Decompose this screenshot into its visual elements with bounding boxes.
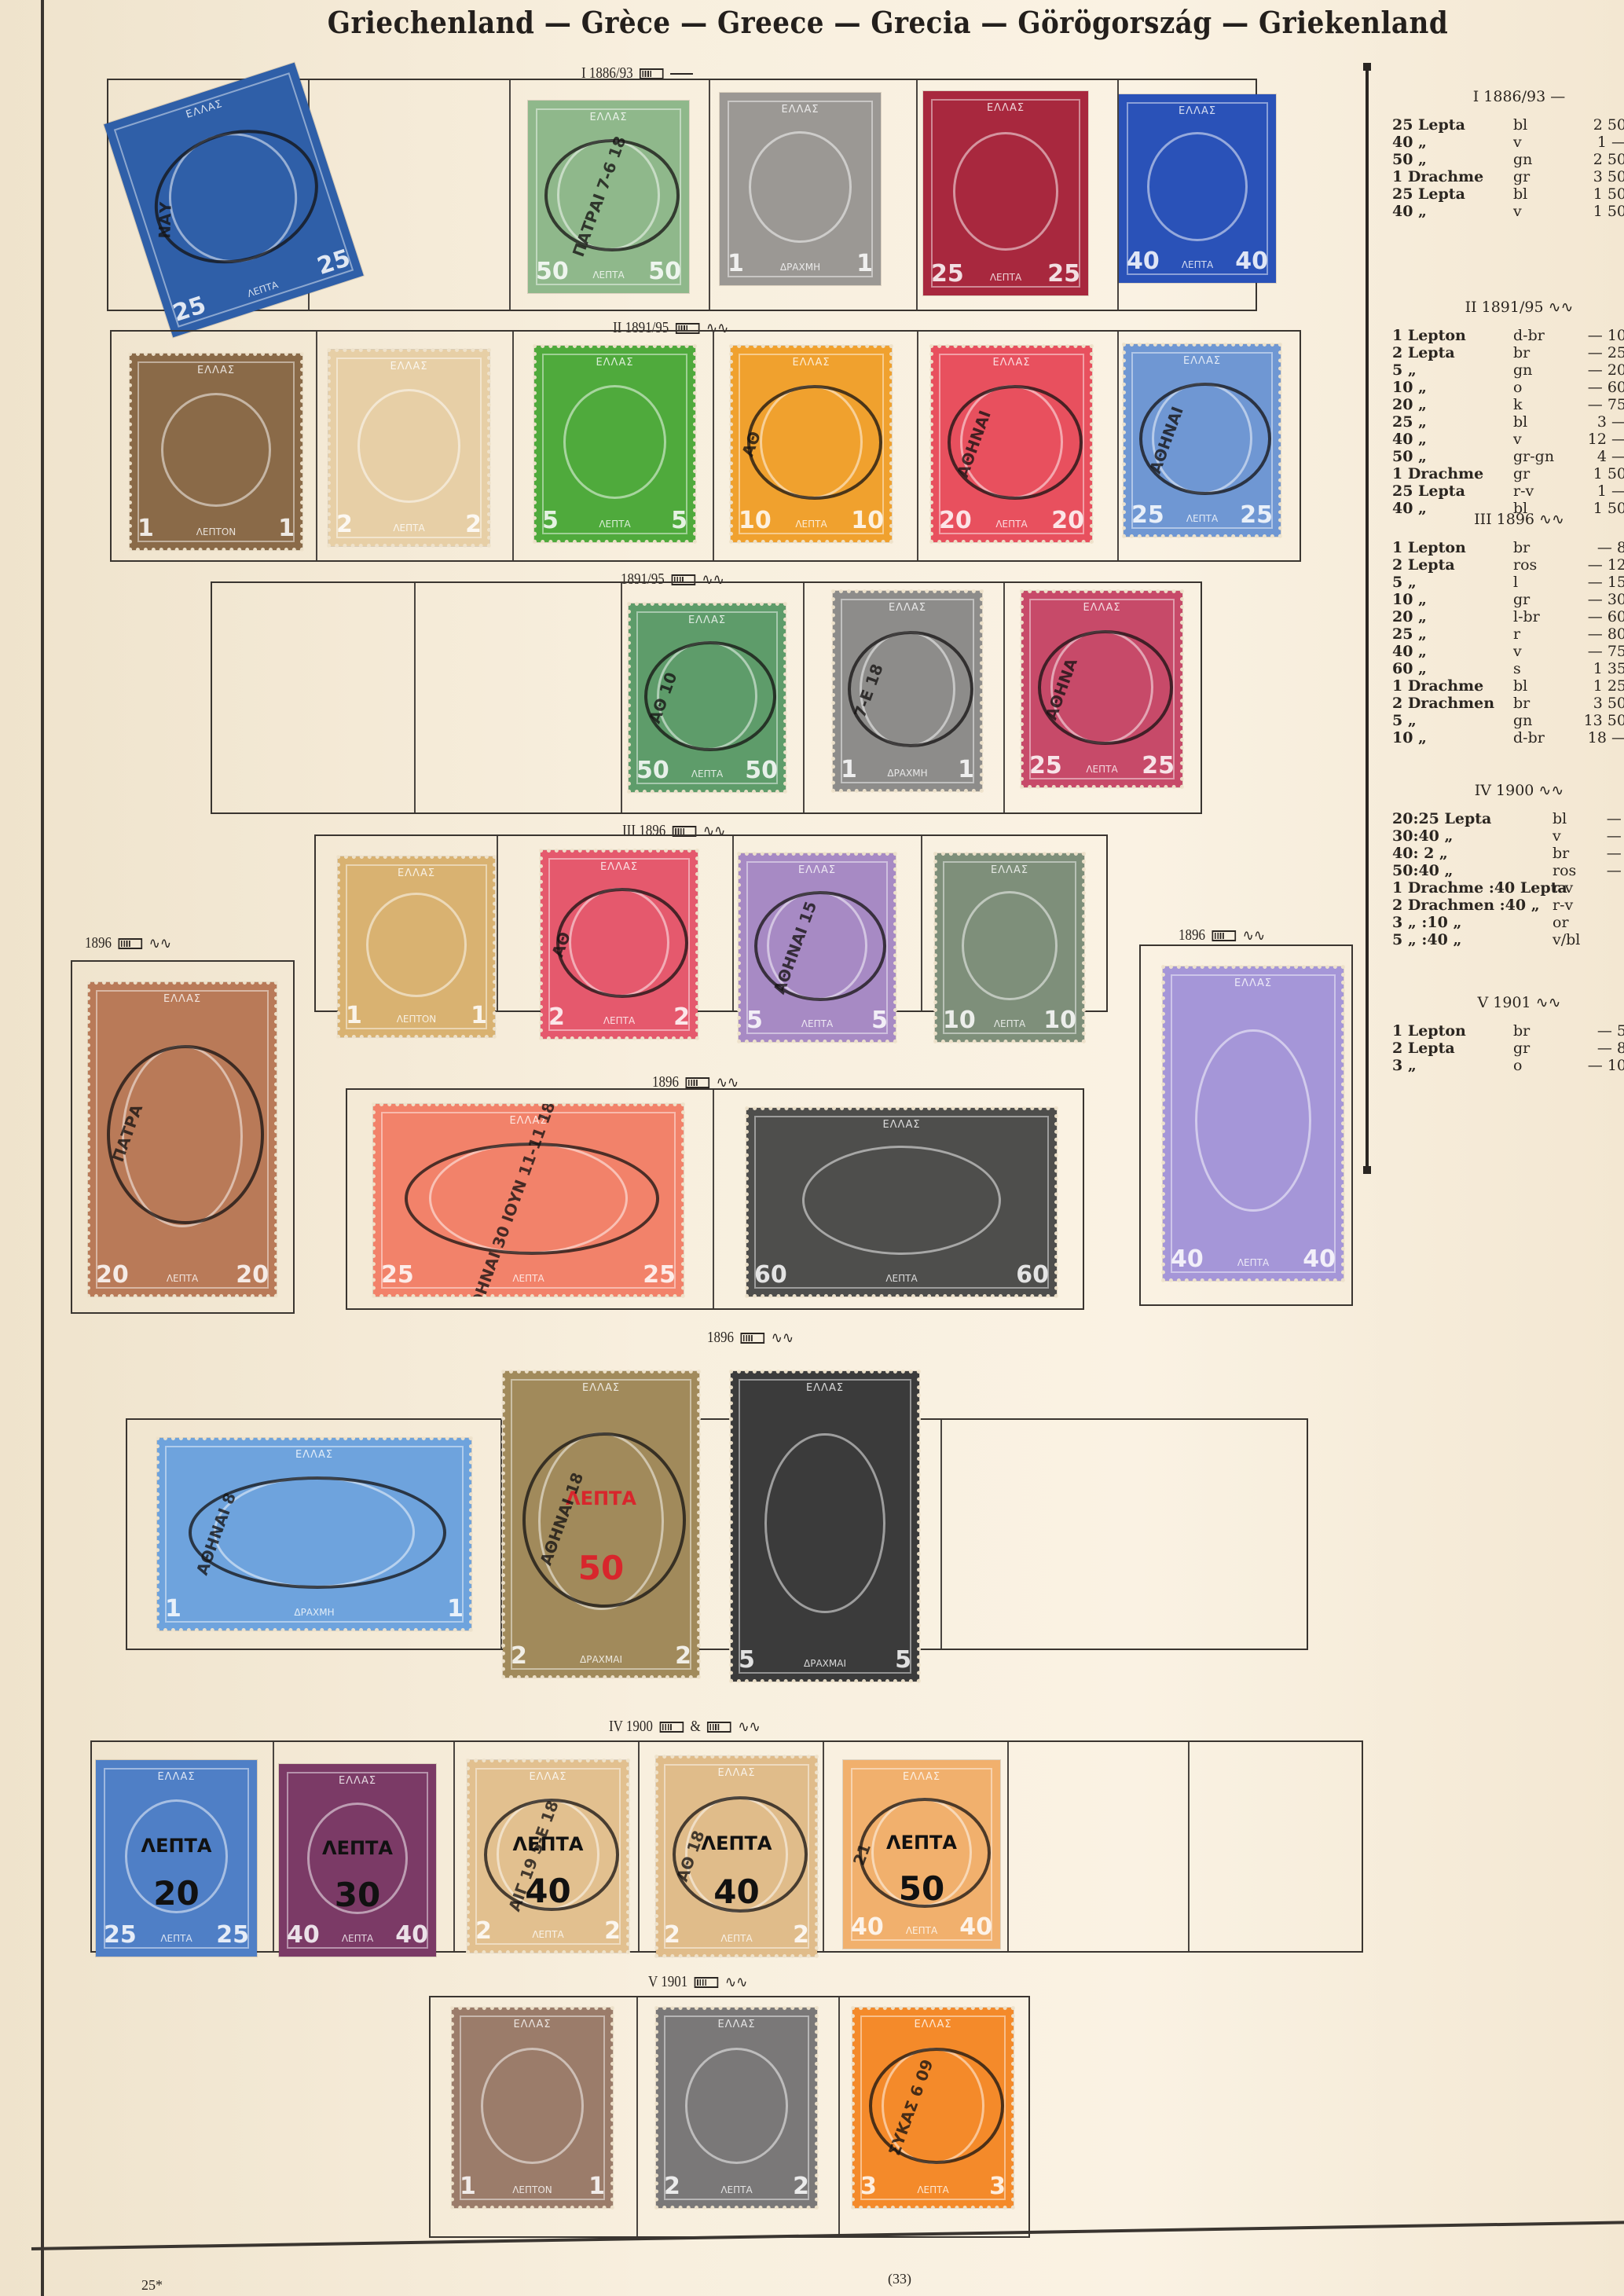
stamp-currency: ΛΕΠΤΑ [534,519,695,530]
stamp-currency: ΛΕΠΤΑ [96,1933,257,1944]
catalog-row: 3 „ :10 „or [1383,914,1624,931]
catalog-price: — 8 [1571,1040,1624,1057]
catalog-divider-rule [1366,69,1369,1168]
empty-stamp-slot[interactable] [1009,1744,1183,1949]
catalog-price: 13 50 [1571,712,1624,729]
catalog-section: II 1891/95 ∿∿1 Leptond-br— 102 Leptabr— … [1383,299,1624,517]
perforated-wave-icon: ∿∿ [725,1972,747,1992]
catalog-color-code: br [1513,344,1568,361]
catalog-row: 40 „v1 50 [1383,203,1624,220]
catalog-price: — 75 [1571,643,1624,660]
catalog-denomination: 40 „ [1392,134,1510,151]
stamp-currency: ΔΡΑΧΜΗ [833,768,982,779]
section-label-text: V 1901 [648,1973,687,1991]
catalog-row: 20:25 Leptabl— 40 [1383,810,1624,827]
stamp-portrait-oval [962,891,1058,1000]
catalog-row: 40: 2 „br— 85 [1383,845,1624,862]
catalog-price: 1 25 [1571,677,1624,695]
frame-cell-divider [414,583,416,812]
stamp[interactable]: ΕΛΛΑΣ22ΛΕΠΤΑΛΕΠΤΑ40ΑΙΓ 19 5-Ε 18 [467,1760,629,1953]
stamp-country-text: ΕΛΛΑΣ [923,102,1088,114]
postmark-cancel [747,385,882,500]
catalog-row: 2 Leptabr— 25 [1383,344,1624,361]
stamp[interactable]: ΕΛΛΑΣ55ΛΕΠΤΑ [534,346,695,542]
catalog-denomination: 2 Drachmen :40 „ [1392,897,1549,914]
catalog-price: 18 — [1571,729,1624,746]
stamp[interactable]: ΕΛΛΑΣ4040ΛΕΠΤΑ [1163,966,1344,1281]
stamp-currency: ΛΕΠΤΟΝ [338,1014,495,1025]
frame-cell-divider [713,332,714,560]
stamp-overprint-value: 30 [279,1876,436,1914]
catalog-color-code: v [1513,134,1568,151]
stamp[interactable]: ΕΛΛΑΣ11ΔΡΑΧΜΗΑΘΗΝΑΙ 8 [157,1438,471,1630]
frame-cell-divider [1117,332,1119,560]
catalog-denomination: 50 „ [1392,448,1510,465]
catalog-denomination: 5 „ [1392,361,1510,379]
frame-cell-divider [921,836,922,1010]
stamp[interactable]: ΕΛΛΑΣ2525ΛΕΠΤΑ [923,91,1088,295]
stamp-country-text: ΕΛΛΑΣ [541,861,698,873]
stamp-currency: ΛΕΠΤΑ [656,2184,817,2195]
catalog-denomination: 1 Drachme [1392,168,1510,185]
catalog-denomination: 5 „ :40 „ [1392,931,1549,948]
catalog-row: 3 „o— 10 [1383,1057,1624,1074]
stamp-overprint-word: ΛΕΠΤΑ [279,1837,436,1859]
frame-cell-divider [638,1742,640,1951]
catalog-color-code: r [1513,625,1568,643]
stamp-country-text: ΕΛΛΑΣ [731,357,892,369]
stamp-country-text: ΕΛΛΑΣ [130,365,302,376]
postmark-text: ΝΑΥ [155,202,175,240]
catalog-price: — 70 [1606,827,1624,845]
stamp[interactable]: ΕΛΛΑΣ11ΛΕΠΤΟΝ [130,354,302,550]
catalog-price: 1 50 [1571,203,1624,220]
stamp[interactable]: ΕΛΛΑΣ1010ΛΕΠΤΑΑΘ [731,346,892,542]
empty-stamp-slot[interactable] [214,585,409,811]
catalog-color-code: gn [1513,712,1568,729]
stamp[interactable]: ΕΛΛΑΣ1010ΛΕΠΤΑ [935,853,1084,1042]
imperforate-icon [640,68,664,79]
stamp-currency: ΛΕΠΤΑ [279,1933,436,1944]
catalog-row: 5 „l— 15 [1383,574,1624,591]
stamp-country-text: ΕΛΛΑΣ [935,864,1084,876]
stamp-currency: ΛΕΠΤΑ [731,519,892,530]
catalog-color-code: gr [1513,1040,1568,1057]
catalog-price: — 60 [1571,608,1624,625]
stamp-portrait-oval [764,1433,885,1613]
stamp[interactable]: ΕΛΛΑΣ2525ΛΕΠΤΑΑΘΗΝΑΙ 30 ΙΟΥΝ 11-11 1897 [373,1104,684,1297]
catalog-section-heading: II 1891/95 ∿∿ [1383,299,1624,316]
stamp-country-text: ΕΛΛΑΣ [338,867,495,879]
catalog-price: — 10 [1571,1057,1624,1074]
section-label: V 1901∿∿ [648,1972,747,1992]
catalog-denomination: 1 Lepton [1392,539,1510,556]
catalog-color-code: v [1513,643,1568,660]
perforate-icon [695,1977,719,1988]
section-label-text: 1896 [1179,926,1205,944]
stamp-country-text: ΕΛΛΑΣ [656,1767,817,1779]
catalog-denomination: 2 Lepta [1392,1040,1510,1057]
stamp-portrait-oval [161,393,272,507]
stamp-country-text: ΕΛΛΑΣ [157,1449,471,1461]
frame-cell-divider [916,80,918,310]
stamp-country-text: ΕΛΛΑΣ [746,1119,1057,1131]
perforate-icon [1212,930,1237,941]
catalog-row: 25 Leptar-v1 — [1383,482,1624,500]
catalog-row: 20 „k— 75 [1383,396,1624,413]
catalog-denomination: 2 Drachmen [1392,695,1510,712]
stamp[interactable]: ΕΛΛΑΣ5050ΛΕΠΤΑΑΘ 10 [629,603,786,792]
catalog-denomination: 1 Drachme [1392,465,1510,482]
catalog-row: 25 „bl3 — [1383,413,1624,431]
stamp[interactable]: ΕΛΛΑΣ4040ΛΕΠΤΑ [1119,94,1276,283]
stamp-country-text: ΕΛΛΑΣ [452,2019,613,2030]
catalog-row: 40 „v12 — [1383,431,1624,448]
catalog-color-code: gr [1513,591,1568,608]
stamp-country-text: ΕΛΛΑΣ [739,864,896,876]
catalog-color-code: k [1513,396,1568,413]
stamp-portrait-oval [366,893,467,997]
frame-cell-divider [709,80,710,310]
catalog-color-code: o [1513,1057,1568,1074]
catalog-section: IV 1900 ∿∿20:25 Leptabl— 4030:40 „v— 704… [1383,782,1624,948]
postmark-cancel [556,888,688,998]
catalog-color-code: bl [1513,116,1568,134]
stamp-currency: ΛΕΠΤΑ [373,1273,684,1284]
stamp-currency: ΛΕΠΤΑ [935,1018,1084,1029]
stamp-currency: ΛΕΠΤΟΝ [452,2184,613,2195]
catalog-color-code: d-br [1513,729,1568,746]
catalog-row: 5 „gn13 50 [1383,712,1624,729]
perforated-wave-icon: ∿∿ [738,1717,760,1737]
catalog-color-code: br [1513,1022,1568,1040]
stamp[interactable]: ΕΛΛΑΣ22ΛΕΠΤΑ [328,350,489,546]
catalog-price: — 75 [1571,396,1624,413]
catalog-denomination: 1 Drachme [1392,677,1510,695]
catalog-row: 50 „gr-gn4 — [1383,448,1624,465]
frame-cell-divider [838,1997,840,2236]
catalog-row: 1 Drachmegr3 50 [1383,168,1624,185]
stamp-currency: ΛΕΠΤΑ [328,523,489,534]
catalog-row: 2 Leptagr— 8 [1383,1040,1624,1057]
catalog-price: 3 — [1571,413,1624,431]
catalog-row: 10 „gr— 30 [1383,591,1624,608]
catalog-denomination: 50 „ [1392,151,1510,168]
perforate-icon [741,1333,765,1344]
catalog-row: 5 „ :40 „v/bl [1383,931,1624,948]
stamp[interactable]: ΕΛΛΑΣ22ΔΡΑΧΜΑΙΛΕΠΤΑ50ΑΘΗΝΑΙ 18 [503,1371,699,1678]
stamp-overprint-word: ΛΕΠΤΑ [96,1835,257,1857]
catalog-denomination: 20 „ [1392,608,1510,625]
section-label-text: 1896 [707,1329,734,1347]
postmark-cancel [859,1798,991,1908]
stamp-currency: ΔΡΑΧΜΗ [157,1607,471,1618]
catalog-denomination: 10 „ [1392,379,1510,396]
frame-cell-divider [453,1742,455,1951]
catalog-denomination: 25 „ [1392,413,1510,431]
catalog-row: 20 „l-br— 60 [1383,608,1624,625]
catalog-price [1606,879,1624,897]
perforate-icon [119,938,143,949]
catalog-color-code: l-br [1513,608,1568,625]
stamp-currency: ΛΕΠΤΑ [629,768,786,779]
catalog-color-code: or [1553,914,1603,931]
stamp[interactable]: ΕΛΛΑΣ55ΔΡΑΧΜΑΙ [731,1371,919,1682]
stamp-currency: ΛΕΠΤΑ [541,1015,698,1026]
stamp-currency: ΛΕΠΤΑ [852,2184,1014,2195]
catalog-row: 1 Drachmegr1 50 [1383,465,1624,482]
catalog-row: 2 Drachmen :40 „r-v [1383,897,1624,914]
catalog-price [1606,897,1624,914]
stamp[interactable]: ΕΛΛΑΣ6060ΛΕΠΤΑ [746,1108,1057,1297]
catalog-denomination: 3 „ [1392,1057,1510,1074]
catalog-row: 1 Drachme :40 Leptar-v [1383,879,1624,897]
stamp[interactable]: ΕΛΛΑΣ2525ΛΕΠΤΑΑΘΗΝΑ [1021,591,1182,787]
frame-cell-divider [803,583,805,812]
stamp-currency: ΛΕΠΤΑ [746,1273,1057,1284]
stamp-portrait-oval [749,131,852,243]
stamp-country-text: ΕΛΛΑΣ [629,614,786,626]
catalog-denomination: 25 Lepta [1392,482,1510,500]
section-label: 1896∿∿ [1179,926,1265,945]
catalog-color-code: bl [1513,677,1568,695]
frame-cell-divider [497,836,498,1010]
catalog-color-code: br [1513,695,1568,712]
catalog-denomination: 10 „ [1392,591,1510,608]
catalog-price: — 85 [1606,845,1624,862]
stamp[interactable]: ΕΛΛΑΣ22ΛΕΠΤΑΑΘ [541,850,698,1039]
catalog-price: — 8 [1571,539,1624,556]
stamp-currency: ΛΕΠΤΟΝ [130,526,302,537]
catalog-color-code: v [1513,203,1568,220]
catalog-section: III 1896 ∿∿1 Leptonbr— 82 Leptaros— 125 … [1383,511,1624,746]
stamp[interactable]: ΕΛΛΑΣ55ΛΕΠΤΑΑΘΗΝΑΙ 15 [739,853,896,1042]
stamp[interactable]: ΕΛΛΑΣ2020ΛΕΠΤΑΠΑΤΡΑ [88,982,277,1297]
stamp-country-text: ΕΛΛΑΣ [720,104,881,116]
catalog-row: 2 Leptaros— 12 [1383,556,1624,574]
catalog-row: 10 „d-br18 — [1383,729,1624,746]
stamp-country-text: ΕΛΛΑΣ [1163,977,1344,989]
catalog-color-code: br [1553,845,1603,862]
stamp[interactable]: ΕΛΛΑΣ22ΛΕΠΤΑ [656,2008,817,2208]
catalog-denomination: 10 „ [1392,729,1510,746]
catalog-color-code: v [1513,431,1568,448]
catalog-price: — 15 [1571,574,1624,591]
catalog-color-code: gn [1513,151,1568,168]
catalog-row: 50:40 „ros— 90 [1383,862,1624,879]
frame-cell-divider [713,1090,714,1308]
catalog-price [1606,914,1624,931]
catalog-price: 12 — [1571,431,1624,448]
catalog-color-code: v [1553,827,1603,845]
catalog-denomination: 25 Lepta [1392,185,1510,203]
stamp[interactable]: ΕΛΛΑΣ4040ΛΕΠΤΑΛΕΠΤΑ5021 [843,1760,1000,1949]
stamp-currency: ΛΕΠΤΑ [843,1925,1000,1936]
catalog-color-code: d-br [1513,327,1568,344]
empty-stamp-slot[interactable] [1190,1744,1360,1949]
stamp-currency: ΛΕΠΤΑ [923,272,1088,283]
perforate-icon [707,1722,731,1733]
catalog-price: — 12 [1571,556,1624,574]
perforated-wave-icon: ∿∿ [772,1328,794,1348]
catalog-row: 10 „o— 60 [1383,379,1624,396]
catalog-color-code: ros [1553,862,1603,879]
stamp-country-text: ΕΛΛΑΣ [373,1115,684,1127]
stamp[interactable]: ΕΛΛΑΣ11ΛΕΠΤΟΝ [338,856,495,1037]
catalog-section: V 1901 ∿∿1 Leptonbr— 52 Leptagr— 83 „o— … [1383,994,1624,1074]
catalog-color-code: gr-gn [1513,448,1568,465]
catalog-denomination: 25 „ [1392,625,1510,643]
catalog-price: 1 50 [1571,185,1624,203]
catalog-color-code: o [1513,379,1568,396]
catalog-price: 1 — [1571,134,1624,151]
catalog-color-code: s [1513,660,1568,677]
catalog-color-code: gn [1513,361,1568,379]
stamp-currency: ΛΕΠΤΑ [1119,259,1276,270]
frame-cell-divider [732,836,734,1010]
stamp[interactable]: ΕΛΛΑΣ11ΔΡΑΧΜΗ7-Ε 18 [833,591,982,791]
stamp-currency: ΛΕΠΤΑ [931,519,1092,530]
catalog-color-code: r-v [1553,879,1603,897]
stamp-portrait-oval [1195,1029,1311,1212]
catalog-price: — 40 [1606,810,1624,827]
catalog-color-code: ros [1513,556,1568,574]
catalog-color-code: r-v [1553,897,1603,914]
frame-cell-divider [500,1420,502,1649]
catalog-color-code: l [1513,574,1568,591]
imperforate-icon [659,1722,684,1733]
catalog-denomination: 1 Lepton [1392,1022,1510,1040]
catalog-section-heading: III 1896 ∿∿ [1383,511,1624,528]
stamp[interactable]: ΕΛΛΑΣ33ΛΕΠΤΑΣΥΚΑΣ 6 09 [852,2008,1014,2208]
catalog-color-code: bl [1513,413,1568,431]
perforated-wave-icon: ∿∿ [1243,926,1265,945]
catalog-row: 40 „v1 — [1383,134,1624,151]
stamp-portrait-oval [481,2048,584,2164]
footer-signature: 25* [141,2277,163,2294]
catalog-denomination: 30:40 „ [1392,827,1549,845]
stamp-overprint-value: 20 [96,1874,257,1913]
catalog-denomination: 40 „ [1392,643,1510,660]
stamp-currency: ΛΕΠΤΑ [739,1018,896,1029]
catalog-price: — 20 [1571,361,1624,379]
left-margin-rule [41,0,44,2296]
empty-stamp-slot[interactable] [310,82,504,308]
catalog-denomination: 3 „ :10 „ [1392,914,1549,931]
stamp-currency: ΔΡΑΧΜΑΙ [731,1658,919,1669]
ampersand-text: & [690,1718,700,1736]
stamp-country-text: ΕΛΛΑΣ [833,602,982,614]
catalog-price: 2 50 [1571,116,1624,134]
catalog-price: 3 50 [1571,168,1624,185]
catalog-denomination: 5 „ [1392,574,1510,591]
catalog-price: — 30 [1571,591,1624,608]
catalog-denomination: 2 Lepta [1392,344,1510,361]
stamp-country-text: ΕΛΛΑΣ [1021,602,1182,614]
section-label: 1896∿∿ [707,1328,794,1348]
stamp-country-text: ΕΛΛΑΣ [852,2019,1014,2030]
stamp[interactable]: ΕΛΛΑΣ11ΔΡΑΧΜΗ [720,93,881,285]
catalog-price: 1 35 [1571,660,1624,677]
stamp-currency: ΛΕΠΤΑ [88,1273,277,1284]
frame-cell-divider [316,332,317,560]
catalog-price: — 60 [1571,379,1624,396]
stamp[interactable]: ΕΛΛΑΣ2525ΛΕΠΤΑΛΕΠΤΑ20 [96,1760,257,1957]
catalog-denomination: 50:40 „ [1392,862,1549,879]
frame-cell-divider [509,80,511,310]
stamp[interactable]: ΕΛΛΑΣ4040ΛΕΠΤΑΛΕΠΤΑ30 [279,1764,436,1957]
catalog-color-code: bl [1553,810,1603,827]
catalog-section-heading: IV 1900 ∿∿ [1383,782,1624,799]
catalog-denomination: 5 „ [1392,712,1510,729]
catalog-denomination: 40 „ [1392,431,1510,448]
stamp[interactable]: ΕΛΛΑΣ5050ΛΕΠΤΑΠΑΤΡΑΙ 7-6 18 [528,101,689,293]
catalog-row: 40 „v— 75 [1383,643,1624,660]
stamp-country-text: ΕΛΛΑΣ [656,2019,817,2030]
stamp-currency: ΛΕΠΤΑ [528,270,689,281]
catalog-price: — 10 [1571,327,1624,344]
stamp-currency: ΔΡΑΧΜΗ [720,262,881,273]
catalog-price: — 80 [1571,625,1624,643]
frame-cell-divider [512,332,514,560]
stamp[interactable]: ΕΛΛΑΣ2020ΛΕΠΤΑΑΘΗΝΑΙ [931,346,1092,542]
stamp-currency: ΛΕΠΤΑ [1124,513,1281,524]
catalog-section-heading: I 1886/93 — [1383,88,1624,105]
stamp-country-text: ΕΛΛΑΣ [328,361,489,372]
section-label-text: 1896 [85,934,112,952]
stamp-country-text: ΕΛΛΑΣ [534,357,695,369]
frame-cell-divider [1003,583,1005,812]
stamp[interactable]: ΕΛΛΑΣ11ΛΕΠΤΟΝ [452,2008,613,2208]
catalog-color-code: br [1513,539,1568,556]
stamp-country-text: ΕΛΛΑΣ [731,1382,919,1394]
catalog-section-heading: V 1901 ∿∿ [1383,994,1624,1011]
stamp-country-text: ΕΛΛΑΣ [528,112,689,123]
catalog-row: 1 Leptonbr— 5 [1383,1022,1624,1040]
catalog-row: 1 Leptonbr— 8 [1383,539,1624,556]
stamp-country-text: ΕΛΛΑΣ [503,1382,699,1394]
stamp-currency: ΛΕΠΤΑ [467,1929,629,1940]
catalog-price: — 90 [1606,862,1624,879]
catalog-row: 5 „gn— 20 [1383,361,1624,379]
footer-page-number: (33) [888,2271,911,2287]
catalog-denomination: 1 Lepton [1392,327,1510,344]
perforated-wave-icon: ∿∿ [149,933,171,953]
catalog-denomination: 2 Lepta [1392,556,1510,574]
frame-cell-divider [273,1742,274,1951]
section-label: IV 1900&∿∿ [609,1717,761,1737]
catalog-row: 25 Leptabl2 50 [1383,116,1624,134]
stamp-portrait-oval [357,389,460,503]
catalog-price: 1 50 [1571,465,1624,482]
stamp-currency: ΛΕΠΤΑ [656,1933,817,1944]
stamp-portrait-oval [802,1146,1001,1255]
stamp[interactable]: ΕΛΛΑΣ2525ΛΕΠΤΑΑΘΗΝΑΙ [1124,344,1281,537]
stamp-portrait-oval [563,385,666,499]
perforate-icon [686,1077,710,1088]
stamp-portrait-oval [953,132,1058,251]
stamp-currency: ΔΡΑΧΜΑΙ [503,1654,699,1665]
catalog-denomination: 20:25 Lepta [1392,810,1549,827]
catalog-row: 2 Drachmenbr3 50 [1383,695,1624,712]
catalog-color-code: bl [1513,185,1568,203]
section-label-text: IV 1900 [609,1718,653,1736]
stamp-portrait-oval [1147,132,1248,241]
section-label: 1896∿∿ [85,933,171,953]
stamp-portrait-oval [685,2048,788,2164]
stamp[interactable]: ΕΛΛΑΣ22ΛΕΠΤΑΛΕΠΤΑ40ΑΘ 18 [656,1756,817,1957]
catalog-section: I 1886/93 —25 Leptabl2 5040 „v1 —50 „gn2… [1383,88,1624,220]
